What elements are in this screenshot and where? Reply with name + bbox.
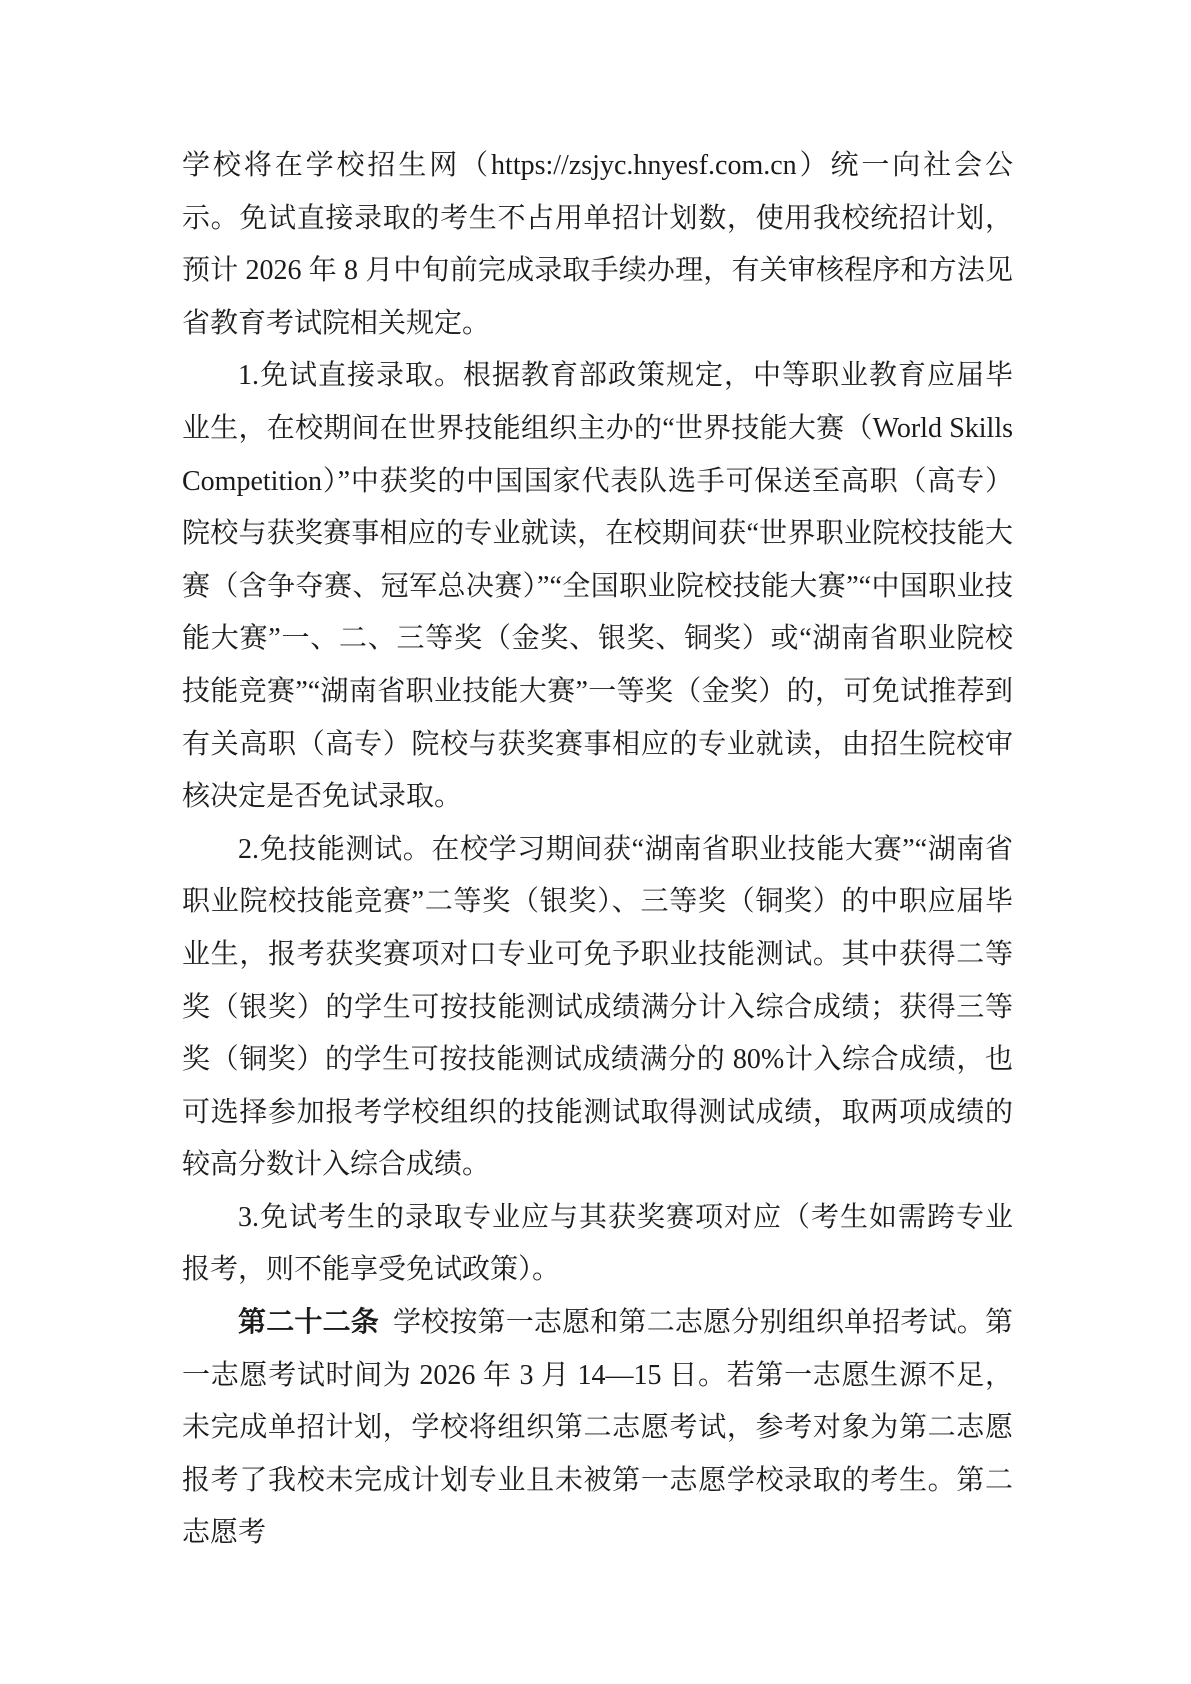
paragraph-publicity-and-exemption-intro: 学校将在学校招生网（https://zsjyc.hnyesf.com.cn）统一… [182, 140, 1013, 350]
paragraph-article-22: 第二十二条学校按第一志愿和第二志愿分别组织单招考试。第一志愿考试时间为 2026… [182, 1297, 1013, 1560]
document-page: 学校将在学校招生网（https://zsjyc.hnyesf.com.cn）统一… [0, 0, 1191, 1684]
article-22-body: 学校按第一志愿和第二志愿分别组织单招考试。第一志愿考试时间为 2026 年 3 … [182, 1307, 1013, 1548]
article-22-heading: 第二十二条 [238, 1307, 379, 1338]
paragraph-item-3-major-correspondence: 3.免试考生的录取专业应与其获奖赛项对应（考生如需跨专业报考，则不能享受免试政策… [182, 1192, 1013, 1297]
paragraph-item-2-skill-test-exemption: 2.免技能测试。在校学习期间获“湖南省职业技能大赛”“湖南省职业院校技能竞赛”二… [182, 824, 1013, 1192]
paragraph-item-1-exam-free-admission: 1.免试直接录取。根据教育部政策规定，中等职业教育应届毕业生，在校期间在世界技能… [182, 350, 1013, 823]
